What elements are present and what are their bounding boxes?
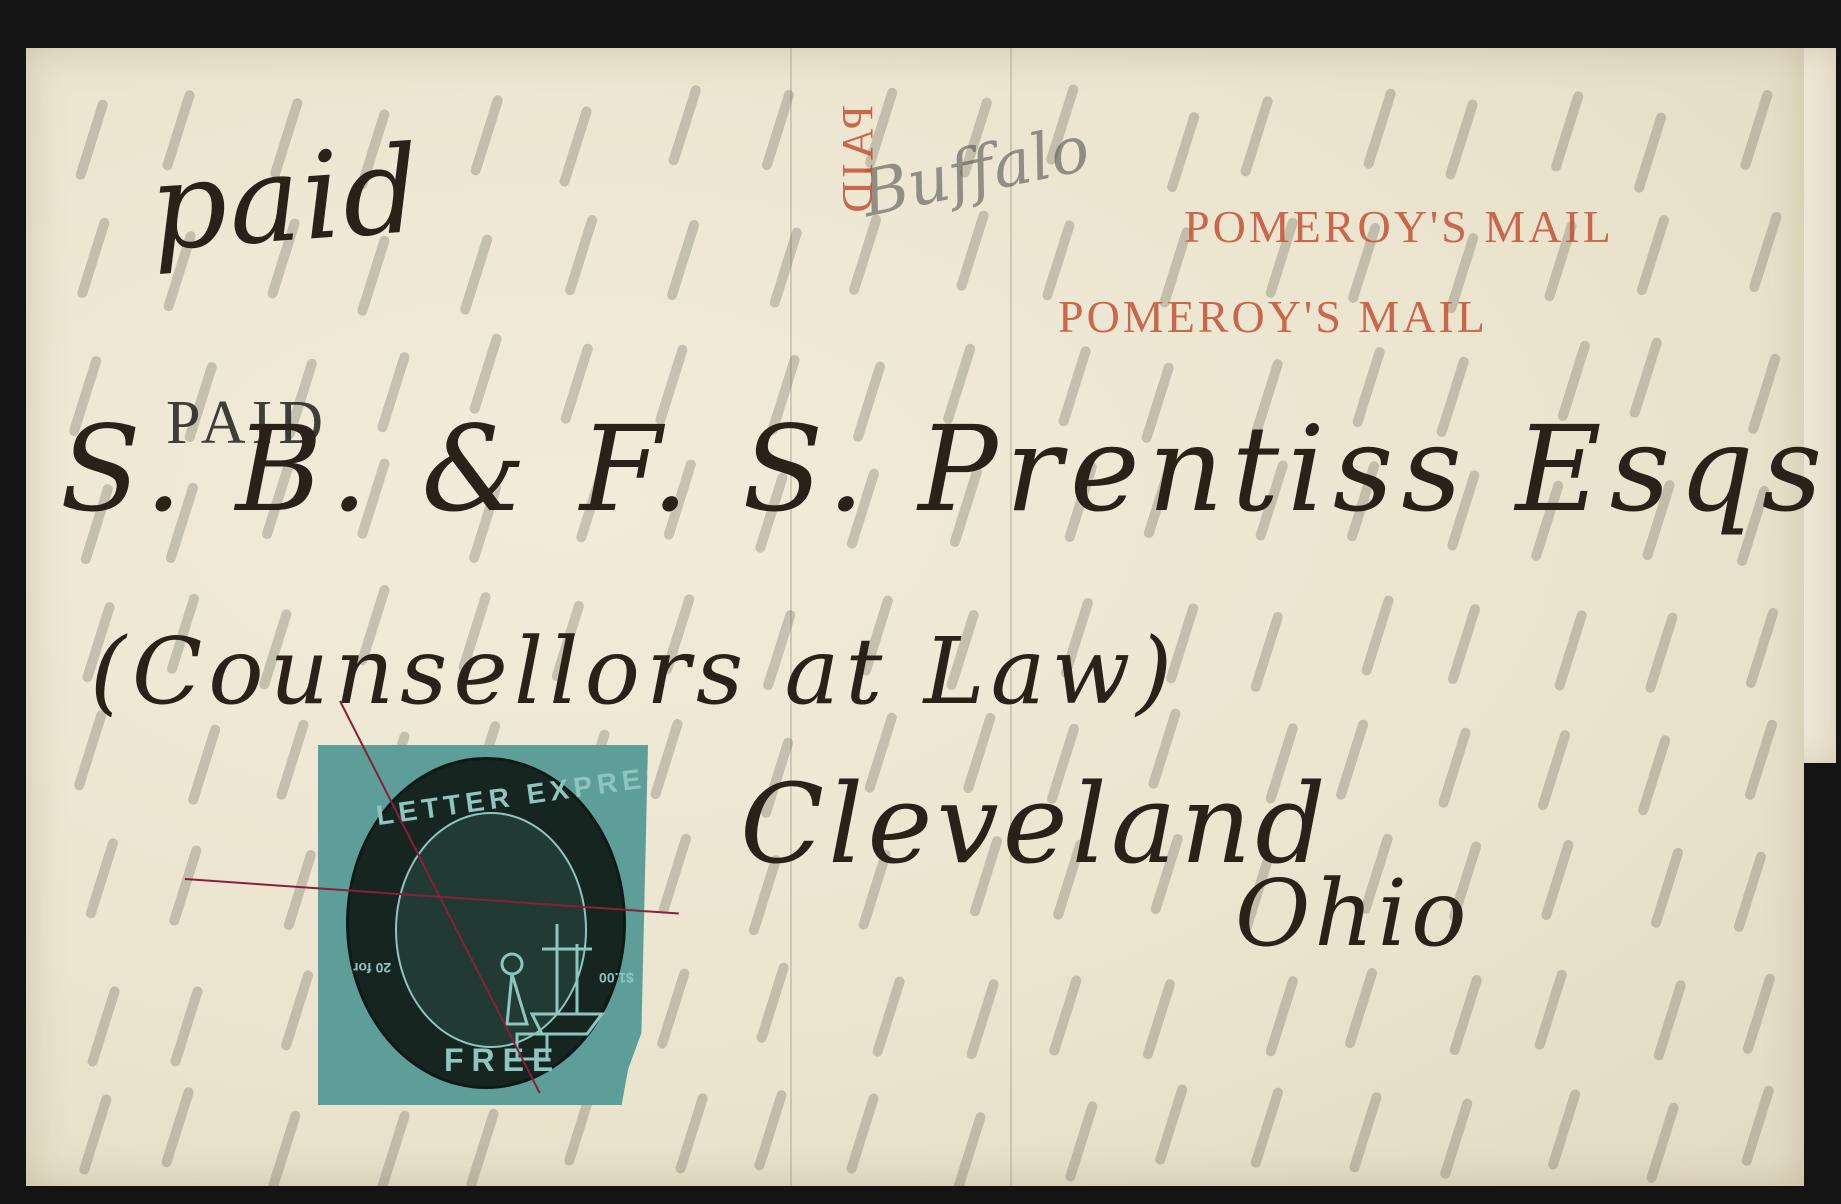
stamp-vignette	[395, 812, 587, 1048]
stamp-right-text: $1.00	[599, 970, 634, 986]
red-pomeroy-handstamp-2: POMEROY'S MAIL	[1058, 290, 1488, 343]
fold-line	[1010, 48, 1012, 1186]
fold-line	[790, 48, 792, 1186]
red-pomeroy-handstamp-1: POMEROY'S MAIL	[1184, 200, 1614, 253]
red-paid-handstamp: PAID	[832, 105, 883, 216]
address-state: Ohio	[1235, 860, 1471, 967]
stamp-left-text: 20 for	[353, 960, 391, 976]
stamp-bottom-text: FREE	[444, 1042, 561, 1079]
address-title: (Counsellors at Law)	[90, 618, 1178, 725]
manuscript-paid: paid	[145, 121, 426, 279]
stamp-oval: LETTER EXPRESS 20 for $1.00 FREE	[346, 757, 626, 1089]
letter-express-stamp: LETTER EXPRESS 20 for $1.00 FREE	[318, 745, 648, 1105]
address-addressee: S. B. & F. S. Prentiss Esqs	[60, 400, 1830, 538]
